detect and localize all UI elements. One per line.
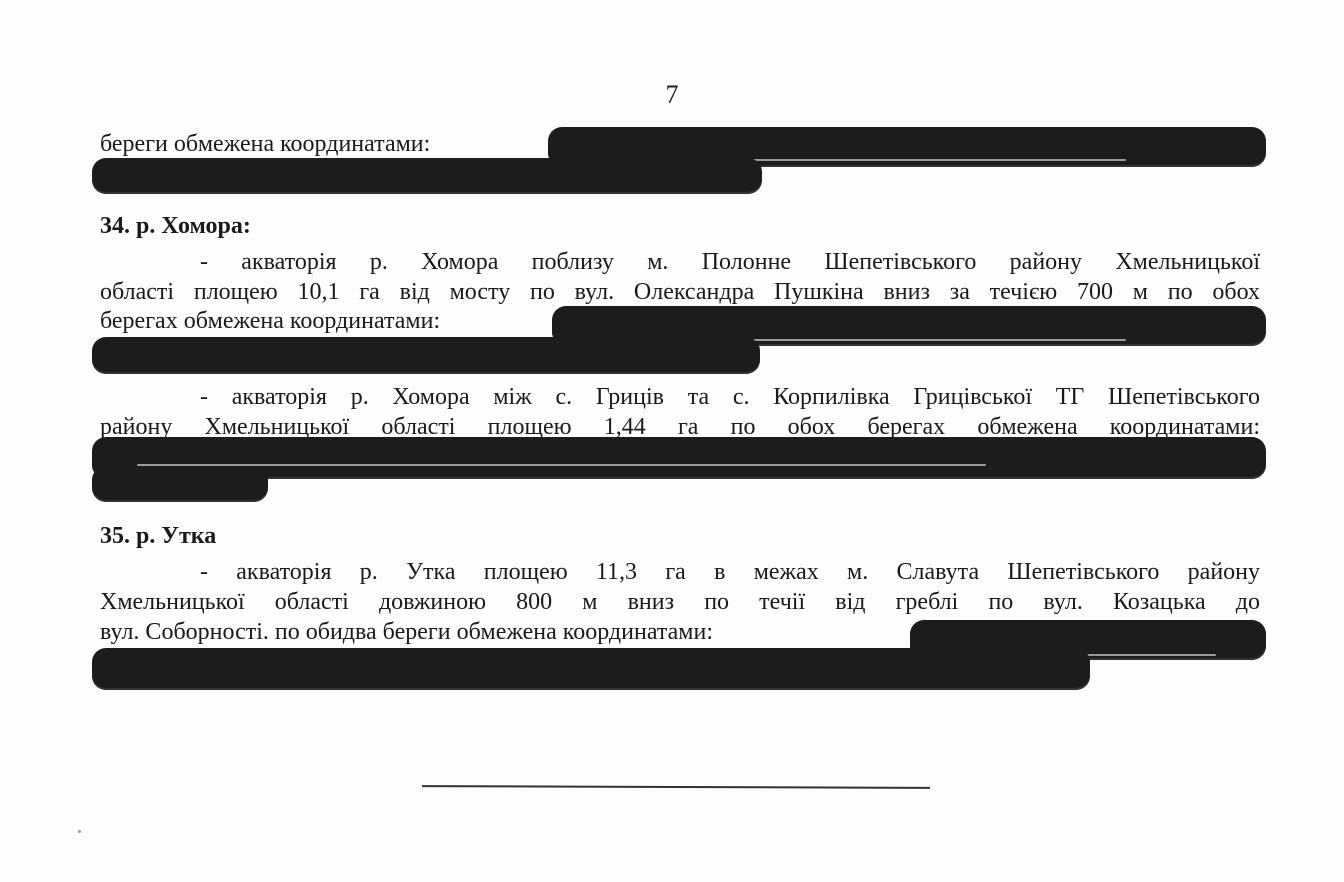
paragraph-line: Хмельницької області довжиною 800 м вниз…	[100, 588, 1260, 616]
redaction-block	[92, 437, 1266, 479]
intro-line: береги обмежена координатами:	[100, 130, 430, 158]
section-heading: 34. р. Хомора:	[100, 212, 251, 240]
paragraph-line: області площею 10,1 га від мосту по вул.…	[100, 278, 1260, 306]
paragraph-line: - акваторія р. Утка площею 11,3 га в меж…	[100, 558, 1260, 586]
separator-line	[422, 785, 930, 789]
redaction-block	[92, 466, 268, 502]
paragraph-line: - акваторія р. Хомора між с. Гриців та с…	[100, 383, 1260, 411]
paragraph-line: берегах обмежена координатами:	[100, 307, 440, 335]
redaction-block	[92, 158, 762, 194]
section-heading: 35. р. Утка	[100, 522, 216, 550]
scan-speck	[78, 830, 81, 833]
redaction-block	[92, 337, 760, 374]
paragraph-line: вул. Соборності. по обидва береги обмеже…	[100, 618, 713, 646]
redaction-block	[92, 648, 1090, 690]
paragraph-line: - акваторія р. Хомора поблизу м. Полонне…	[100, 248, 1260, 276]
page-number: 7	[666, 80, 679, 110]
